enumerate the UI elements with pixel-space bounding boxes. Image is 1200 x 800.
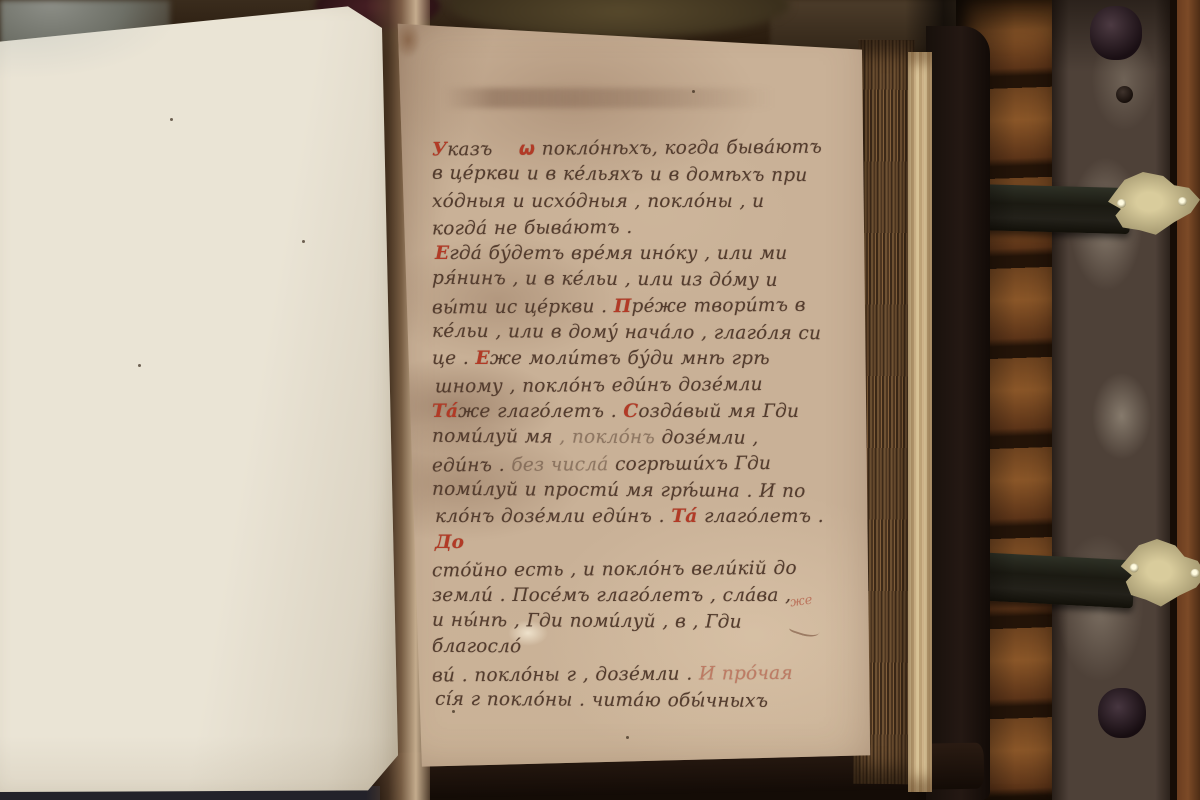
ink-text: вы́ти ис це́ркви . xyxy=(432,296,614,318)
clasp-rivet-hole xyxy=(1190,568,1200,578)
manuscript-line: ви́ . покло́ны г , дозе́мли . И про́чая xyxy=(432,661,832,690)
rubric-text: Та́ xyxy=(432,401,458,422)
paper-speck xyxy=(692,90,695,93)
photo-scene: Указъ ѡ покло́нѣхъ, когда быва́ютъв це́р… xyxy=(0,0,1200,800)
ink-text: , покло́нъ xyxy=(559,427,655,449)
manuscript-line: кло́нъ дозе́мли еди́нъ . Та́ глаго́летъ … xyxy=(435,504,832,557)
rubric-text: И про́чая xyxy=(699,663,793,685)
manuscript-line: хо́дныя и исхо́дныя , покло́ны , и xyxy=(432,189,832,215)
rubric-text: П xyxy=(614,296,632,317)
ink-text: еди́нъ . xyxy=(432,454,512,476)
ink-text: поми́луй и прости́ мя грѣ́шна . И по xyxy=(432,479,806,502)
ink-text: земли́ . Посе́мъ глаго́летъ , сла́ва , xyxy=(432,585,791,606)
manuscript-line: когда́ не быва́ютъ . xyxy=(432,213,832,242)
manuscript-line: ря́нинъ , и в ке́льи , или из до́му и xyxy=(432,266,832,295)
ink-bleed-smudge xyxy=(444,88,774,108)
ink-text: ви́ . покло́ны г , дозе́мли . xyxy=(432,663,699,686)
ink-text: казъ xyxy=(447,139,519,160)
rubric-text: ѡ xyxy=(519,139,535,160)
ink-text: же глаго́летъ . xyxy=(458,401,623,422)
clasp-rivet-hole xyxy=(1129,563,1139,573)
ink-text: сі́я г покло́ны . чита́ю обы́чныхъ xyxy=(435,689,768,712)
rivet xyxy=(1116,86,1133,103)
ink-text: хо́дныя и исхо́дныя , покло́ны , и xyxy=(432,191,764,212)
manuscript-line: еди́нъ . без числа́ согрѣши́хъ Гди xyxy=(432,450,832,479)
rubric-text: Та́ xyxy=(671,506,697,527)
rubric-text: До xyxy=(435,532,464,553)
ink-text: глаго́летъ . xyxy=(697,506,830,527)
rubric-text: Е xyxy=(476,348,490,369)
manuscript-line: поми́луй и прости́ мя грѣ́шна . И по xyxy=(432,477,832,506)
ink-text: ке́льи , или в дому́ нача́ло , глаго́ля … xyxy=(432,321,821,344)
manuscript-line: Егда́ бу́детъ вре́мя ино́ку , или ми xyxy=(435,241,832,267)
ink-text: кло́нъ дозе́мли еди́нъ . xyxy=(435,506,671,527)
ink-text: когда́ не быва́ютъ . xyxy=(432,217,633,239)
ink-text: ря́нинъ , и в ке́льи , или из до́му и xyxy=(432,268,778,291)
ink-text: поми́луй мя xyxy=(432,426,559,448)
ink-text: це . xyxy=(432,348,476,369)
rubric-text: Е xyxy=(435,243,449,264)
fore-edge-light-band xyxy=(908,52,932,792)
ink-text: покло́нѣхъ, когда быва́ютъ xyxy=(535,137,822,160)
ink-text: же моли́твъ бу́ди мнѣ грѣ xyxy=(490,348,770,369)
blank-page xyxy=(0,0,400,800)
manuscript-text: Указъ ѡ покло́нѣхъ, когда быва́ютъв це́р… xyxy=(432,136,832,715)
wooden-plank xyxy=(1170,0,1200,800)
ink-text: и ны́нѣ , Гди поми́луй , в , Гди благосл… xyxy=(432,610,749,658)
manuscript-line: Указъ ѡ покло́нѣхъ, когда быва́ютъ xyxy=(432,135,832,164)
book-cover-edge xyxy=(926,26,990,800)
manuscript-line: сто́йно есть , и покло́нъ вели́кій до xyxy=(432,555,832,584)
manuscript-line: вы́ти ис це́ркви . Пре́же твори́тъ в xyxy=(432,292,832,321)
rubric-text: У xyxy=(432,139,447,160)
paper-speck xyxy=(170,118,173,121)
rivet xyxy=(1098,688,1146,738)
manuscript-line: шному , покло́нъ еди́нъ дозе́мли xyxy=(435,371,832,400)
manuscript-line: и ны́нѣ , Гди поми́луй , в , Гди благосл… xyxy=(432,608,832,663)
clasp-rivet-hole xyxy=(1117,199,1126,208)
paper-speck xyxy=(626,736,629,739)
manuscript-line: ке́льи , или в дому́ нача́ло , глаго́ля … xyxy=(432,319,832,348)
paper-speck xyxy=(302,240,305,243)
manuscript-line: земли́ . Посе́мъ глаго́летъ , сла́ва , xyxy=(432,583,832,609)
ink-text: гда́ бу́детъ вре́мя ино́ку , или ми xyxy=(449,243,787,264)
paper-speck xyxy=(138,364,141,367)
ink-text: дозе́мли , xyxy=(655,427,759,449)
manuscript-line: сі́я г покло́ны . чита́ю обы́чныхъ xyxy=(435,687,832,716)
manuscript-line: в це́ркви и в ке́льяхъ и в домѣхъ при xyxy=(432,161,832,190)
ink-text: ре́же твори́тъ в xyxy=(631,295,805,317)
clasp-rivet-hole xyxy=(1178,197,1187,206)
ink-text: согрѣши́хъ Гди xyxy=(608,453,771,475)
margin-note: же xyxy=(789,593,813,611)
page-stain xyxy=(395,22,421,58)
ink-text: озда́вый мя Гди xyxy=(638,401,799,422)
rubric-text: С xyxy=(623,401,638,422)
ink-text: без числа́ xyxy=(511,454,608,476)
ink-text: в це́ркви и в ке́льяхъ и в домѣхъ при xyxy=(432,163,808,186)
manuscript-line: Та́же глаго́летъ . Созда́вый мя Гди xyxy=(432,399,832,425)
rivet xyxy=(1090,6,1142,60)
ink-text: шному , покло́нъ еди́нъ дозе́мли xyxy=(435,374,763,397)
ink-text: сто́йно есть , и покло́нъ вели́кій до xyxy=(432,558,797,582)
manuscript-line: поми́луй мя , покло́нъ дозе́мли , xyxy=(432,424,832,453)
metal-band xyxy=(1052,0,1172,800)
manuscript-page: Указъ ѡ покло́нѣхъ, когда быва́ютъв це́р… xyxy=(392,10,874,772)
manuscript-line: це . Еже моли́твъ бу́ди мнѣ грѣ xyxy=(432,346,832,372)
